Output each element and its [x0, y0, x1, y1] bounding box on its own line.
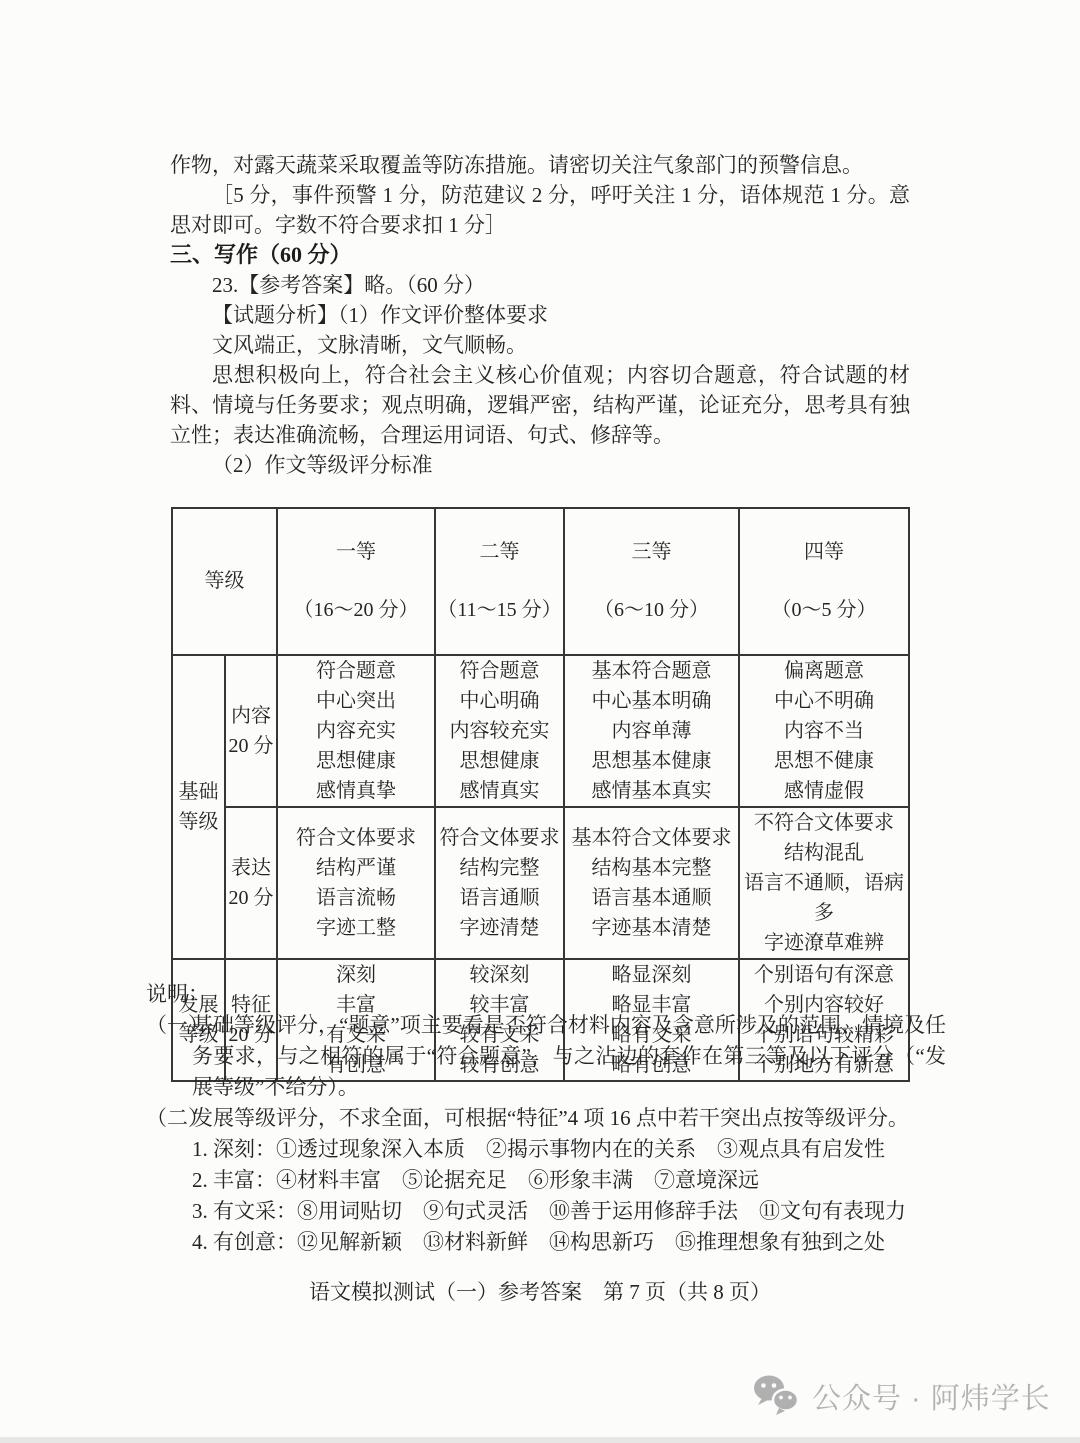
rubric-cell-expression-grade4: 不符合文体要求 结构混乱 语言不通顺，语病多 字迹潦草难辨 [739, 807, 909, 959]
rubric-grade2-header: 二等 （11～15 分） [435, 508, 564, 655]
note-1-label: （一） [146, 1010, 209, 1041]
watermark: 公众号 · 阿炜学长 [752, 1374, 1051, 1418]
grade2-name: 二等 [436, 538, 563, 567]
feature-point-rich: 2. 丰富：④材料丰富 ⑤论据充足 ⑥形象丰满 ⑦意境深远 [146, 1165, 946, 1196]
notes-section: 说明： （一） 基础等级评分，“题意”项主要看是否符合材料内容及含意所涉及的范围… [146, 979, 946, 1258]
rubric-cell-content-grade3: 基本符合题意 中心基本明确 内容单薄 思想基本健康 感情基本真实 [564, 655, 739, 807]
note-item-2: （二） 发展等级评分，不求全面，可根据“特征”4 项 16 点中若干突出点按等级… [146, 1103, 946, 1134]
scanned-answer-page: 作物，对露天蔬菜采取覆盖等防冻措施。请密切关注气象部门的预警信息。 ［5 分，事… [0, 0, 1080, 1443]
overall-requirement-paragraph: 思想积极向上，符合社会主义核心价值观；内容切合题意，符合试题的材料、情境与任务要… [170, 360, 910, 450]
rubric-grade1-header: 一等 （16～20 分） [277, 508, 435, 655]
grade1-range: （16～20 分） [278, 596, 434, 625]
rubric-cell-expression-grade1: 符合文体要求 结构严谨 语言流畅 字迹工整 [277, 807, 435, 959]
style-requirement-line: 文风端正，文脉清晰，文气顺畅。 [170, 330, 910, 360]
rubric-grade4-header: 四等 （0～5 分） [739, 508, 909, 655]
feature-point-literary: 3. 有文采：⑧用词贴切 ⑨句式灵活 ⑩善于运用修辞手法 ⑪文句有表现力 [146, 1196, 946, 1227]
watermark-text: 公众号 · 阿炜学长 [812, 1376, 1051, 1417]
grade2-range: （11～15 分） [436, 596, 563, 625]
page-footer: 语文模拟测试（一）参考答案 第 7 页（共 8 页） [0, 1277, 1080, 1307]
grade1-name: 一等 [278, 538, 434, 567]
grade3-name: 三等 [565, 538, 738, 567]
section-heading-writing: 三、写作（60 分） [170, 240, 910, 270]
paragraph-frost-advice: 作物，对露天蔬菜采取覆盖等防冻措施。请密切关注气象部门的预警信息。 [170, 150, 910, 180]
wechat-icon [752, 1374, 802, 1418]
rubric-cell-content-grade2: 符合题意 中心明确 内容较充实 思想健康 感情真实 [435, 655, 564, 807]
rubric-grade3-header: 三等 （6～10 分） [564, 508, 739, 655]
category-expression: 表达 20 分 [225, 807, 277, 959]
note-2-text: 发展等级评分，不求全面，可根据“特征”4 项 16 点中若干突出点按等级评分。 [192, 1106, 909, 1130]
category-content: 内容 20 分 [225, 655, 277, 807]
feature-point-deep: 1. 深刻：①透过现象深入本质 ②揭示事物内在的关系 ③观点具有启发性 [146, 1134, 946, 1165]
rubric-caption: （2）作文等级评分标准 [170, 450, 910, 480]
grade3-range: （6～10 分） [565, 596, 738, 625]
footer-text: 语文模拟测试（一）参考答案 第 7 页（共 8 页） [309, 1280, 771, 1304]
rubric-cell-expression-grade3: 基本符合文体要求 结构基本完整 语言基本通顺 字迹基本清楚 [564, 807, 739, 959]
rubric-cell-content-grade4: 偏离题意 中心不明确 内容不当 思想不健康 感情虚假 [739, 655, 909, 807]
top-text-section: 作物，对露天蔬菜采取覆盖等防冻措施。请密切关注气象部门的预警信息。 ［5 分，事… [170, 150, 910, 480]
feature-point-creative: 4. 有创意：⑫见解新颖 ⑬材料新鲜 ⑭构思新巧 ⑮推理想象有独到之处 [146, 1227, 946, 1258]
rubric-corner-cell: 等级 [172, 508, 277, 655]
paragraph-scoring-note: ［5 分，事件预警 1 分，防范建议 2 分，呼吁关注 1 分，语体规范 1 分… [170, 180, 910, 240]
analysis-title-line: 【试题分析】（1）作文评价整体要求 [170, 300, 910, 330]
group-label-basic: 基础 等级 [172, 655, 225, 959]
note-item-1: （一） 基础等级评分，“题意”项主要看是否符合材料内容及含意所涉及的范围、情境及… [146, 1010, 946, 1103]
answer-reference-line: 23.【参考答案】略。（60 分） [170, 270, 910, 300]
note-2-label: （二） [146, 1103, 209, 1134]
note-1-text: 基础等级评分，“题意”项主要看是否符合材料内容及含意所涉及的范围、情境及任务要求… [192, 1013, 946, 1099]
rubric-cell-expression-grade2: 符合文体要求 结构完整 语言通顺 字迹清楚 [435, 807, 564, 959]
notes-title: 说明： [146, 979, 946, 1010]
grade4-name: 四等 [740, 538, 908, 567]
photo-bottom-edge [0, 1437, 1080, 1443]
rubric-cell-content-grade1: 符合题意 中心突出 内容充实 思想健康 感情真挚 [277, 655, 435, 807]
grade4-range: （0～5 分） [740, 596, 908, 625]
